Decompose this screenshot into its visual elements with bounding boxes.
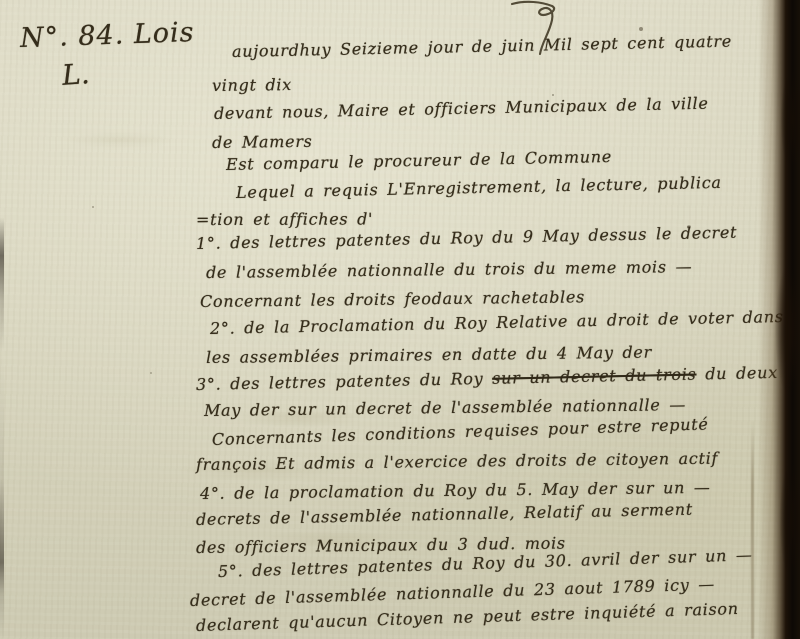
manuscript-line: devant nous, Maire et officiers Municipa… bbox=[214, 94, 709, 123]
manuscript-line: Concernants les conditions requises pour… bbox=[212, 414, 709, 449]
manuscript-line: 2°. de la Proclamation du Roy Relative a… bbox=[210, 307, 784, 338]
manuscript-line: aujourdhuy Seizieme jour de juin Mil sep… bbox=[232, 32, 732, 61]
manuscript-line: Concernant les droits feodaux rachetable… bbox=[200, 287, 585, 311]
manuscript-line: les assemblées primaires en datte du 4 M… bbox=[206, 343, 652, 367]
line-text: du deux — bbox=[696, 362, 800, 383]
manuscript-line: Lequel a requis L'Enregistrement, la lec… bbox=[236, 173, 722, 202]
manuscript-line: 3°. des lettres patentes du Roy sur un d… bbox=[196, 362, 800, 394]
entry-category: Lois bbox=[133, 17, 195, 50]
ink-specks bbox=[0, 0, 2, 2]
margin-initial: L. bbox=[61, 57, 91, 92]
page-crease bbox=[751, 420, 754, 639]
manuscript-line: de Mamers bbox=[212, 132, 313, 152]
manuscript-line: decrets de l'assemblée nationnalle, Rela… bbox=[196, 500, 693, 529]
margin-note: N°. 84. Lois bbox=[20, 17, 195, 54]
manuscript-line: vingt dix bbox=[212, 75, 292, 95]
line-text: 3°. des lettres patentes du Roy bbox=[196, 369, 493, 394]
manuscript-line: 4°. de la proclamation du Roy du 5. May … bbox=[200, 478, 711, 503]
struck-text: sur un decret du trois bbox=[492, 365, 697, 388]
manuscript-line: May der sur un decret de l'assemblée nat… bbox=[204, 395, 686, 420]
manuscript-line: de l'assemblée nationnalle du trois du m… bbox=[206, 257, 692, 282]
manuscript-page: N°. 84. Lois L. aujourdhuy Seizieme jour… bbox=[0, 0, 800, 639]
entry-number: N°. 84. bbox=[20, 19, 125, 54]
manuscript-line: françois Et admis a l'exercice des droit… bbox=[196, 449, 718, 474]
page-left-edge bbox=[0, 0, 4, 639]
manuscript-line: =tion et affiches d' bbox=[196, 209, 373, 229]
